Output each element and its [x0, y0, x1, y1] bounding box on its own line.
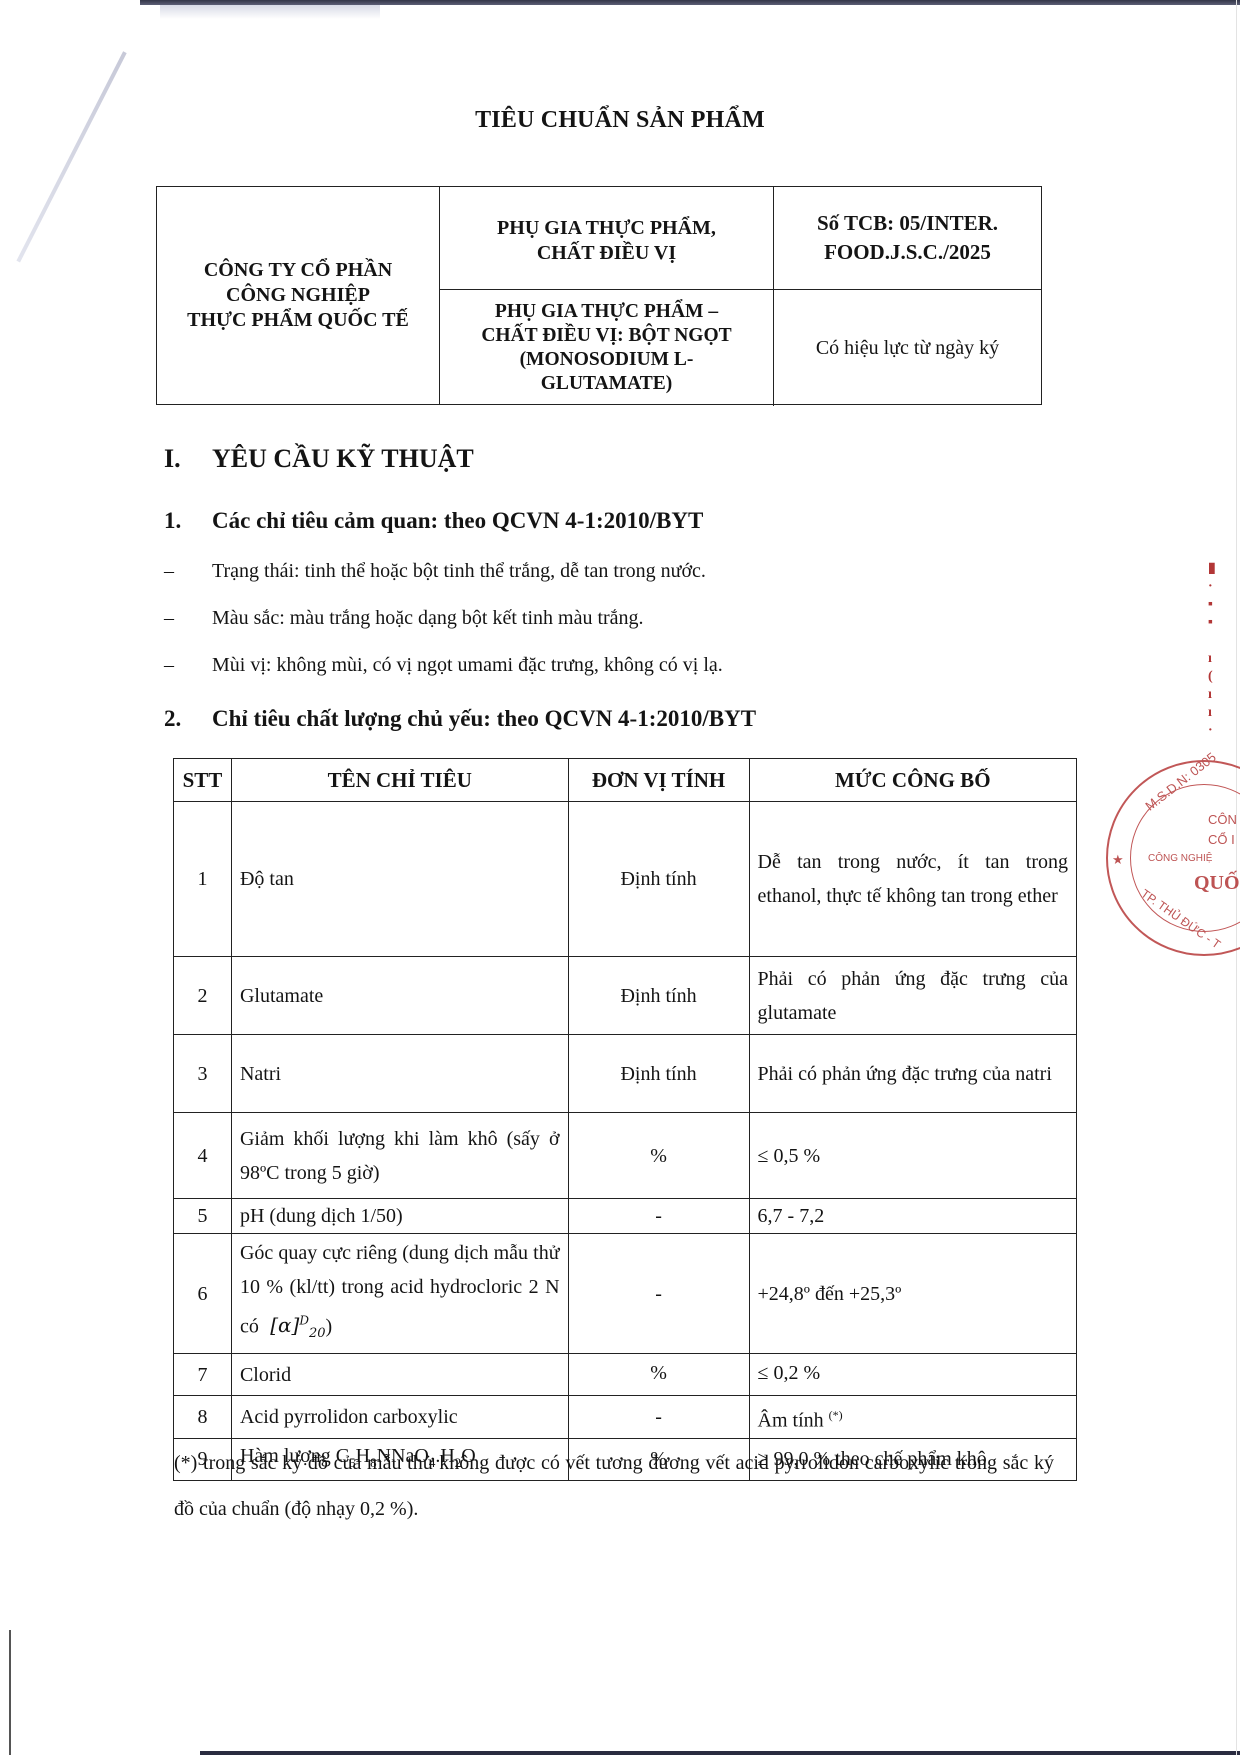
cell-value: Phải có phản ứng đặc trưng của natri: [749, 1035, 1076, 1113]
table-row: 7 Clorid % ≤ 0,2 %: [174, 1354, 1077, 1396]
cell-stt: 4: [174, 1113, 232, 1199]
cell-unit: -: [568, 1396, 749, 1439]
dash-bullet-icon: –: [164, 654, 174, 677]
section-title: YÊU CẦU KỸ THUẬT: [212, 444, 474, 473]
cell-name: Clorid: [231, 1354, 568, 1396]
validity-cell: Có hiệu lực từ ngày ký: [774, 290, 1041, 406]
code-line: Số TCB: 05/INTER.: [817, 209, 998, 238]
cell-unit: %: [568, 1354, 749, 1396]
column-header-stt: STT: [174, 759, 232, 802]
cell-stt: 3: [174, 1035, 232, 1113]
specific-rotation-symbol: [α]D20: [264, 1313, 326, 1337]
company-stamp: M.S.D.N: 0305 ★ TP. THỦ ĐỨC - T CÔN CỔ I…: [1100, 740, 1240, 980]
cell-name: pH (dung dịch 1/50): [231, 1199, 568, 1234]
table-row: 4 Giảm khối lượng khi làm khô (sấy ở 98º…: [174, 1113, 1077, 1199]
cell-name: Acid pyrrolidon carboxylic: [231, 1396, 568, 1439]
document-title: TIÊU CHUẨN SẢN PHẨM: [0, 107, 1240, 134]
cell-value: Dễ tan trong nước, ít tan trong ethanol,…: [749, 802, 1076, 957]
cell-stt: 1: [174, 802, 232, 957]
scan-edge-bottom: [200, 1751, 1240, 1755]
cell-value-text: Âm tính: [758, 1410, 824, 1432]
scan-shadow: [160, 5, 380, 19]
cell-value: Âm tính (*): [749, 1396, 1076, 1439]
product-line: CHẤT ĐIỀU VỊ: BỘT NGỌT: [481, 324, 731, 348]
stamp-star-icon: ★: [1112, 852, 1124, 868]
footnote-marker: (*): [829, 1408, 843, 1422]
cell-stt: 6: [174, 1234, 232, 1354]
subsection-title: Các chỉ tiêu cảm quan: theo QCVN 4-1:201…: [212, 508, 703, 533]
company-name-cell: CÔNG TY CỔ PHẦN CÔNG NGHIỆP THỰC PHẨM QU…: [157, 187, 440, 404]
cell-value: ≤ 0,2 %: [749, 1354, 1076, 1396]
table-row: 8 Acid pyrrolidon carboxylic - Âm tính (…: [174, 1396, 1077, 1439]
subsection-heading: 2.Chỉ tiêu chất lượng chủ yếu: theo QCVN…: [164, 706, 756, 732]
stamp-inner-line: CÔN: [1208, 812, 1237, 827]
list-item-text: Trạng thái: tinh thể hoặc bột tinh thể t…: [212, 560, 706, 583]
product-line: PHỤ GIA THỰC PHẨM –: [481, 300, 731, 324]
cell-value: +24,8º đến +25,3º: [749, 1234, 1076, 1354]
stamp-inner-line: CỔ I: [1208, 832, 1235, 847]
stamp-inner-line: CÔNG NGHIỆ: [1148, 853, 1212, 864]
table-row: 3 Natri Định tính Phải có phản ứng đặc t…: [174, 1035, 1077, 1113]
cell-value: Phải có phản ứng đặc trưng của glutamate: [749, 957, 1076, 1035]
column-header-unit: ĐƠN VỊ TÍNH: [568, 759, 749, 802]
cell-stt: 7: [174, 1354, 232, 1396]
cell-stt: 8: [174, 1396, 232, 1439]
cell-unit: Định tính: [568, 957, 749, 1035]
subsection-heading: 1.Các chỉ tiêu cảm quan: theo QCVN 4-1:2…: [164, 508, 703, 534]
list-item-text: Màu sắc: màu trắng hoặc dạng bột kết tin…: [212, 607, 644, 630]
dash-bullet-icon: –: [164, 560, 174, 583]
table-footnote: (*) trong sắc ký đồ của mẫu thử không đư…: [174, 1440, 1054, 1532]
cell-name: Độ tan: [231, 802, 568, 957]
quality-spec-table: STT TÊN CHỈ TIÊU ĐƠN VỊ TÍNH MỨC CÔNG BỐ…: [173, 758, 1077, 1481]
stamp-bleed-marks: ▮·▪▪ı(ıı·: [1208, 560, 1216, 760]
column-header-value: MỨC CÔNG BỐ: [749, 759, 1076, 802]
cell-name: Giảm khối lượng khi làm khô (sấy ở 98ºC …: [231, 1113, 568, 1199]
subsection-number: 1.: [164, 508, 212, 534]
list-item-text: Mùi vị: không mùi, có vị ngọt umami đặc …: [212, 654, 723, 677]
company-line: CÔNG TY CỔ PHẦN: [187, 258, 409, 283]
cell-value: 6,7 - 7,2: [749, 1199, 1076, 1234]
stamp-ring: M.S.D.N: 0305 ★ TP. THỦ ĐỨC - T CÔN CỔ I…: [1106, 760, 1240, 956]
cell-stt: 2: [174, 957, 232, 1035]
cell-unit: -: [568, 1199, 749, 1234]
table-row: 2 Glutamate Định tính Phải có phản ứng đ…: [174, 957, 1077, 1035]
cell-unit: %: [568, 1113, 749, 1199]
table-row: 1 Độ tan Định tính Dễ tan trong nước, ít…: [174, 802, 1077, 957]
cell-unit: -: [568, 1234, 749, 1354]
header-table: CÔNG TY CỔ PHẦN CÔNG NGHIỆP THỰC PHẨM QU…: [156, 186, 1042, 405]
cell-name: Góc quay cực riêng (dung dịch mẫu thử 10…: [231, 1234, 568, 1354]
alpha-symbol: [α]: [270, 1313, 299, 1337]
product-name-cell: PHỤ GIA THỰC PHẨM – CHẤT ĐIỀU VỊ: BỘT NG…: [440, 290, 774, 406]
scan-fold-line: [16, 51, 126, 262]
cell-value: ≤ 0,5 %: [749, 1113, 1076, 1199]
cell-name: Glutamate: [231, 957, 568, 1035]
category-line: PHỤ GIA THỰC PHẨM,: [497, 216, 716, 241]
subsection-title: Chỉ tiêu chất lượng chủ yếu: theo QCVN 4…: [212, 706, 756, 731]
subsection-number: 2.: [164, 706, 212, 732]
company-line: CÔNG NGHIỆP: [187, 283, 409, 308]
cell-unit: Định tính: [568, 1035, 749, 1113]
column-header-name: TÊN CHỈ TIÊU: [231, 759, 568, 802]
stamp-inner-line: QUỐ: [1194, 872, 1240, 895]
cell-name: Natri: [231, 1035, 568, 1113]
category-cell: PHỤ GIA THỰC PHẨM, CHẤT ĐIỀU VỊ: [440, 187, 774, 290]
table-header-row: STT TÊN CHỈ TIÊU ĐƠN VỊ TÍNH MỨC CÔNG BỐ: [174, 759, 1077, 802]
product-line: GLUTAMATE): [481, 372, 731, 396]
standard-code-cell: Số TCB: 05/INTER. FOOD.J.S.C./2025: [774, 187, 1041, 290]
cell-unit: Định tính: [568, 802, 749, 957]
section-heading: I.YÊU CẦU KỸ THUẬT: [164, 444, 474, 474]
section-number: I.: [164, 444, 212, 474]
formula-subscript: 20: [309, 1326, 326, 1341]
table-row: 6 Góc quay cực riêng (dung dịch mẫu thử …: [174, 1234, 1077, 1354]
formula-superscript: D: [299, 1314, 309, 1328]
dash-bullet-icon: –: [164, 607, 174, 630]
code-line: FOOD.J.S.C./2025: [817, 238, 998, 267]
cell-stt: 5: [174, 1199, 232, 1234]
product-line: (MONOSODIUM L-: [481, 348, 731, 372]
table-row: 5 pH (dung dịch 1/50) - 6,7 - 7,2: [174, 1199, 1077, 1234]
scan-edge-left: [9, 1630, 11, 1755]
company-line: THỰC PHẨM QUỐC TẾ: [187, 308, 409, 333]
category-line: CHẤT ĐIỀU VỊ: [497, 241, 716, 266]
closing-paren: ): [326, 1315, 333, 1337]
